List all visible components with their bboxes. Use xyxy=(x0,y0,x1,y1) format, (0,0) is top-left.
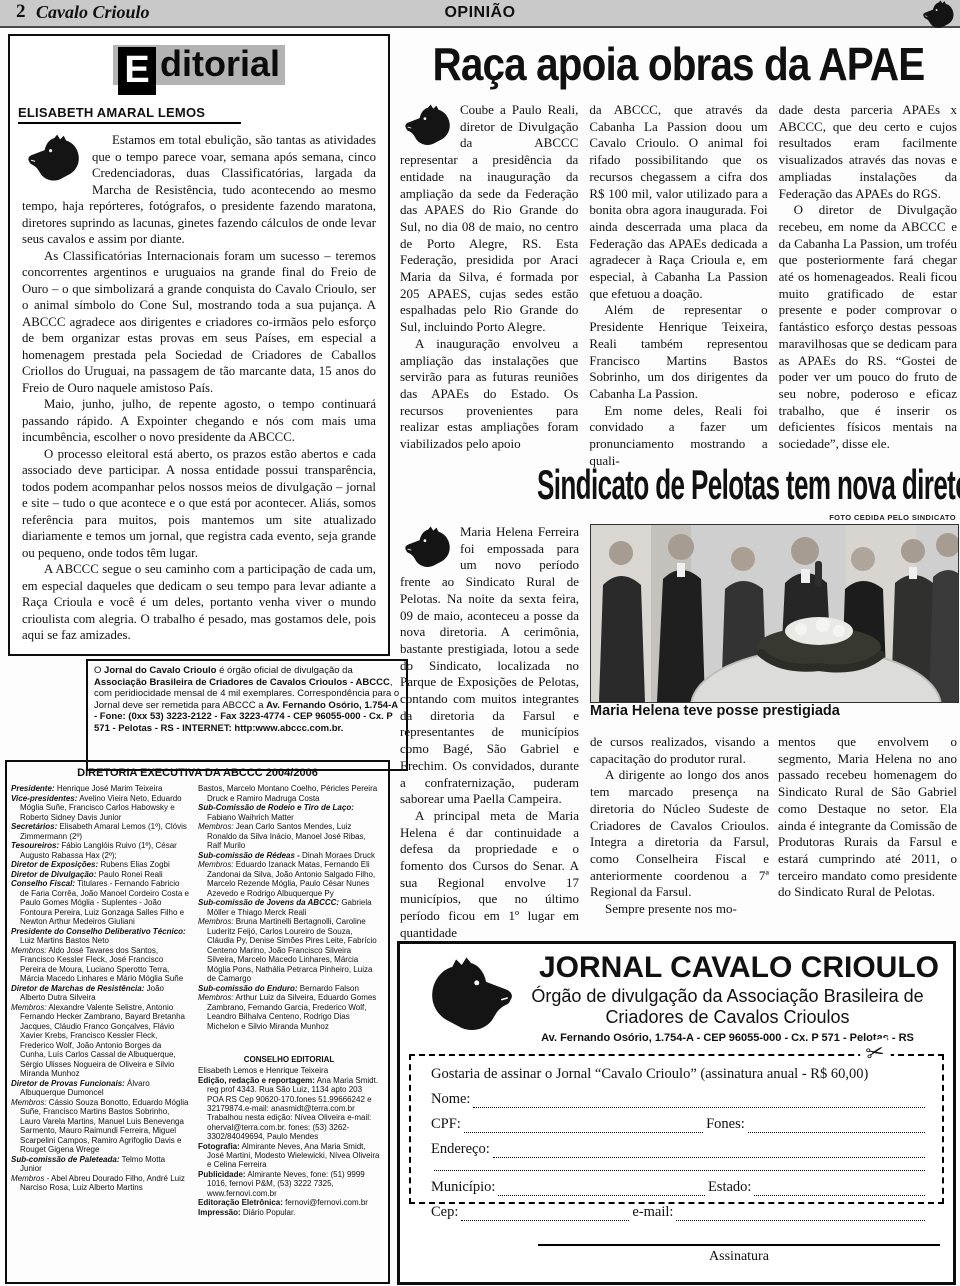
form-row-cpf-fones: CPF: Fones: xyxy=(431,1116,928,1133)
editorial-council-entry: Fotografia: Almirante Neves, Ana Maria S… xyxy=(198,1142,380,1170)
masthead-association-name: Associação Brasileira de Criadores de Ca… xyxy=(94,677,390,688)
directory-column-left: Presidente: Henrique José Marim Teixeira… xyxy=(11,784,189,1217)
entry-label: Conselho Fiscal: xyxy=(11,879,75,888)
directory-entry: Secretários: Elisabeth Amaral Lemos (1º)… xyxy=(11,822,189,841)
entry-label: Membros - xyxy=(11,1174,49,1183)
editorial-author: ELISABETH AMARAL LEMOS xyxy=(18,105,241,124)
directory-entry: Tesoureiros: Fábio Langlóis Ruivo (1º), … xyxy=(11,841,189,860)
entry-text: Alexandre Valente Selistre, Antonio Fern… xyxy=(20,1003,185,1079)
section-title: OPINIÃO xyxy=(0,4,960,22)
subscription-form: ✂ Gostaria de assinar o Jornal “Cavalo C… xyxy=(409,1054,944,1204)
entry-label: Edição, redação e reportagem: xyxy=(198,1076,315,1085)
endereco-label: Endereço: xyxy=(431,1141,490,1158)
sindicato-column-1: Maria Helena Ferreira foi empossada para… xyxy=(400,524,579,942)
email-label: e-mail: xyxy=(632,1204,673,1221)
entry-label: Diretor de Provas Funcionais: xyxy=(11,1079,125,1088)
municipio-label: Município: xyxy=(431,1179,495,1196)
page-header-bar: 2 Cavalo Crioulo OPINIÃO xyxy=(0,0,960,28)
editorial-paragraph: A ABCCC segue o seu caminho com a partic… xyxy=(22,561,376,644)
entry-text: Luiz Martins Bastos Neto xyxy=(20,936,109,945)
directory-entry: Presidente: Henrique José Marim Teixeira xyxy=(11,784,189,794)
entry-label: Membros: xyxy=(198,917,234,926)
form-row-endereco-continued xyxy=(431,1166,928,1171)
masthead-text: O xyxy=(94,665,104,676)
article-paragraph: mentos que envolvem o segmento, Maria He… xyxy=(778,734,957,901)
article-paragraph: Sempre presente nos mo- xyxy=(590,901,769,918)
entry-label: Membros: xyxy=(198,822,234,831)
directory-column-right: Bastos, Marcelo Montano Coelho, Péricles… xyxy=(198,784,380,1217)
article-paragraph: de cursos realizados, visando a capacita… xyxy=(590,734,769,767)
directory-entry: Presidente do Conselho Deliberativo Técn… xyxy=(11,927,189,946)
directory-entry: Membros: Arthur Luiz da Silveira, Eduard… xyxy=(198,993,380,1031)
scissors-icon: ✂ xyxy=(857,1037,892,1069)
editorial-logo-initial: E xyxy=(118,47,156,95)
directory-heading: DIRETORIA EXECUTIVA DA ABCCC 2004/2006 xyxy=(11,767,384,779)
directory-entry: Vice-presidentes: Avelino Vieira Neto, E… xyxy=(11,794,189,823)
entry-label: Membros: xyxy=(11,946,47,955)
directory-entry: Membros: Jean Carlo Santos Mendes, Luiz … xyxy=(198,822,380,851)
directory-entry: Conselho Fiscal: Titulares - Fernando Fa… xyxy=(11,879,189,927)
sindicato-photo xyxy=(590,524,959,703)
entry-text: Bernardo Falson xyxy=(300,984,359,993)
jornal-subtitle: Órgão de divulgação da Associação Brasil… xyxy=(505,986,950,1028)
editorial-paragraph: As Classificatórias Internacionais foram… xyxy=(22,248,376,397)
email-field xyxy=(676,1216,925,1221)
photo-credit: FOTO CEDIDA PELO SINDICATO xyxy=(600,513,956,522)
article-paragraph: da ABCCC, que através da Cabanha La Pass… xyxy=(589,102,767,302)
estado-field xyxy=(754,1191,925,1196)
entry-label: Vice-presidentes: xyxy=(11,794,77,803)
entry-text: Rubens Elias Zogbi xyxy=(100,860,169,869)
editorial-box: E ditorial ELISABETH AMARAL LEMOS Estamo… xyxy=(8,34,390,656)
entry-label: Presidente do Conselho Deliberativo Técn… xyxy=(11,927,186,936)
editorial-council-entry: Edição, redação e reportagem: Ana Maria … xyxy=(198,1076,380,1142)
form-row-cep-email: Cep: e-mail: xyxy=(431,1204,928,1221)
editorial-council-entry: Impressão: Diário Popular. xyxy=(198,1208,380,1217)
entry-text: Bruna Martinelli Bertagnolli, Caroline L… xyxy=(207,917,377,983)
directory-entry: Membros - Abel Abreu Dourado Filho, Andr… xyxy=(11,1174,189,1193)
apae-article-body: Coube a Paulo Reali, diretor de Divulgaç… xyxy=(400,102,957,469)
entry-label: Secretários: xyxy=(11,822,57,831)
cep-field xyxy=(461,1216,629,1221)
editorial-council-entry: Publicidade: Almirante Neves, fone: (51)… xyxy=(198,1170,380,1198)
directory-entry: Membros: Aldo José Tavares dos Santos, F… xyxy=(11,946,189,984)
form-row-municipio-estado: Município: Estado: xyxy=(431,1179,928,1196)
directory-entry: Sub-Comissão de Rodeio e Tiro de Laço: F… xyxy=(198,803,380,822)
entry-label: Diretor de Divulgação: xyxy=(11,870,96,879)
directory-entry: Bastos, Marcelo Montano Coelho, Péricles… xyxy=(198,784,380,803)
horse-icon xyxy=(400,104,454,148)
entry-label: Membros: xyxy=(11,1003,47,1012)
editorial-council: CONSELHO EDITORIAL Elisabeth Lemos e Hen… xyxy=(198,1055,380,1217)
article-paragraph: O diretor de Divulgação recebeu, em nome… xyxy=(779,202,957,453)
form-row-nome: Nome: xyxy=(431,1091,928,1108)
entry-label: Membros: xyxy=(198,860,234,869)
entry-text: Fabiano Waihrich Matter xyxy=(207,813,294,822)
fones-label: Fones: xyxy=(706,1116,745,1133)
entry-label: Presidente: xyxy=(11,784,55,793)
directory-entry: Sub-comissão de Rédeas - Dinah Moraes Dr… xyxy=(198,851,380,861)
apae-column-2: da ABCCC, que através da Cabanha La Pass… xyxy=(589,102,767,469)
entry-label: Tesoureiros: xyxy=(11,841,59,850)
editorial-body: Estamos em total ebulição, são tantas as… xyxy=(22,132,376,644)
entry-label: Diretor de Exposições: xyxy=(11,860,98,869)
editorial-paragraph: Estamos em total ebulição, são tantas as… xyxy=(22,132,376,248)
jornal-title: JORNAL CAVALO CRIOULO xyxy=(533,952,945,984)
photo-caption: Maria Helena teve posse prestigiada xyxy=(590,703,957,719)
sindicato-article-title: Sindicato de Pelotas tem nova diretoria xyxy=(395,461,957,509)
directory-entry: Diretor de Marchas de Resistência: João … xyxy=(11,984,189,1003)
directory-entry: Membros: Cássio Souza Bonotto, Eduardo M… xyxy=(11,1098,189,1155)
subscription-box: JORNAL CAVALO CRIOULO Órgão de divulgaçã… xyxy=(397,941,956,1285)
entry-label: Sub-Comissão de Rodeio e Tiro de Laço: xyxy=(198,803,354,812)
article-paragraph: A principal meta de Maria Helena é dar c… xyxy=(400,808,579,942)
endereco-field-line2 xyxy=(434,1166,925,1171)
editorial-paragraph: O processo eleitoral está aberto, os pra… xyxy=(22,446,376,562)
entry-label: Membros: xyxy=(198,993,234,1002)
estado-label: Estado: xyxy=(708,1179,752,1196)
article-paragraph: A inauguração envolveu a ampliação das i… xyxy=(400,336,578,453)
editorial-paragraph: Maio, junho, julho, de repente agosto, o… xyxy=(22,396,376,446)
sindicato-column-3: mentos que envolvem o segmento, Maria He… xyxy=(778,734,957,901)
entry-text: Paulo Ronei Reali xyxy=(99,870,163,879)
entry-text: Diário Popular. xyxy=(243,1208,295,1217)
form-row-endereco: Endereço: xyxy=(431,1141,928,1158)
entry-label: Membros: xyxy=(11,1098,47,1107)
directory-entry: Membros: Bruna Martinelli Bertagnolli, C… xyxy=(198,917,380,984)
article-paragraph: Além de representar o Presidente Henriqu… xyxy=(589,302,767,402)
entry-label: Sub-comissão de Rédeas - xyxy=(198,851,300,860)
editorial-logo: E ditorial xyxy=(113,45,285,85)
directory-entry: Membros: Alexandre Valente Selistre, Ant… xyxy=(11,1003,189,1079)
cep-label: Cep: xyxy=(431,1204,458,1221)
entry-text: fernovi@fernovi.com.br xyxy=(285,1198,368,1207)
nome-label: Nome: xyxy=(431,1091,470,1108)
apae-article-title: Raça apoia obras da APAE xyxy=(398,38,958,90)
horse-icon xyxy=(918,0,958,30)
article-paragraph: dade desta parceria APAEs x ABCCC, que d… xyxy=(779,102,957,202)
editorial-logo-text: ditorial xyxy=(160,43,280,85)
cpf-label: CPF: xyxy=(431,1116,461,1133)
sindicato-article-title-text: Sindicato de Pelotas tem nova diretoria xyxy=(537,461,960,509)
entry-label: Sub-comissão do Enduro: xyxy=(198,984,298,993)
endereco-field xyxy=(493,1153,925,1158)
entry-text: Henrique José Marim Teixeira xyxy=(57,784,163,793)
directory-box: DIRETORIA EXECUTIVA DA ABCCC 2004/2006 P… xyxy=(5,760,390,1284)
directory-entry: Diretor de Exposições: Rubens Elias Zogb… xyxy=(11,860,189,870)
entry-label: Publicidade: xyxy=(198,1170,246,1179)
article-paragraph: Em nome deles, Reali foi convidado a faz… xyxy=(589,403,767,470)
entry-text: Dinah Moraes Druck xyxy=(302,851,375,860)
entry-label: Sub-comissão de Paleteada: xyxy=(11,1155,119,1164)
entry-label: Impressão: xyxy=(198,1208,241,1217)
directory-entry: Sub-comissão de Jovens da ABCCC: Gabriel… xyxy=(198,898,380,917)
article-paragraph: Maria Helena Ferreira foi empossada para… xyxy=(400,524,579,808)
entry-label: Editoração Eletrônica: xyxy=(198,1198,283,1207)
apae-column-3: dade desta parceria APAEs x ABCCC, que d… xyxy=(779,102,957,469)
masthead-info-box: O Jornal do Cavalo Crioulo é órgão ofici… xyxy=(86,659,408,771)
cpf-field xyxy=(464,1128,703,1133)
horse-head-icon xyxy=(426,956,520,1036)
directory-entry: Diretor de Provas Funcionais: Álvaro Alb… xyxy=(11,1079,189,1098)
directory-entry: Sub-comissão de Paleteada: Telmo Motta J… xyxy=(11,1155,189,1174)
directory-entry: Membros: Eduardo Izanack Matas, Fernando… xyxy=(198,860,380,898)
sindicato-column-2: de cursos realizados, visando a capacita… xyxy=(590,734,769,918)
entry-label: Diretor de Marchas de Resistência: xyxy=(11,984,144,993)
entry-text: Ana Maria Smidt. reg prof 4343. Rua São … xyxy=(207,1076,378,1141)
horse-icon xyxy=(22,134,84,184)
directory-entry: Sub-comissão do Enduro: Bernardo Falson xyxy=(198,984,380,994)
editorial-council-heading: CONSELHO EDITORIAL xyxy=(198,1055,380,1064)
nome-field xyxy=(473,1103,925,1108)
editorial-council-members: Elisabeth Lemos e Henrique Teixeira xyxy=(198,1066,380,1075)
entry-label: Sub-comissão de Jovens da ABCCC: xyxy=(198,898,339,907)
masthead-journal-name: Jornal do Cavalo Crioulo xyxy=(104,665,216,676)
fones-field xyxy=(748,1128,925,1133)
masthead-text: é órgão oficial de divulgação da xyxy=(216,665,352,676)
article-paragraph: Coube a Paulo Reali, diretor de Divulgaç… xyxy=(400,102,578,336)
directory-entry: Diretor de Divulgação: Paulo Ronei Reali xyxy=(11,870,189,880)
entry-label: Fotografia: xyxy=(198,1142,240,1151)
signature-line: Assinatura xyxy=(538,1244,940,1265)
subscription-offer-text: Gostaria de assinar o Jornal “Cavalo Cri… xyxy=(431,1066,928,1083)
apae-article-title-text: Raça apoia obras da APAE xyxy=(432,38,924,90)
municipio-field xyxy=(498,1191,704,1196)
editorial-council-entry: Editoração Eletrônica: fernovi@fernovi.c… xyxy=(198,1198,380,1207)
apae-column-1: Coube a Paulo Reali, diretor de Divulgaç… xyxy=(400,102,578,469)
horse-icon xyxy=(400,526,454,570)
article-paragraph: A dirigente ao longo dos anos tem marcad… xyxy=(590,767,769,901)
entry-text: Bastos, Marcelo Montano Coelho, Péricles… xyxy=(198,784,377,803)
